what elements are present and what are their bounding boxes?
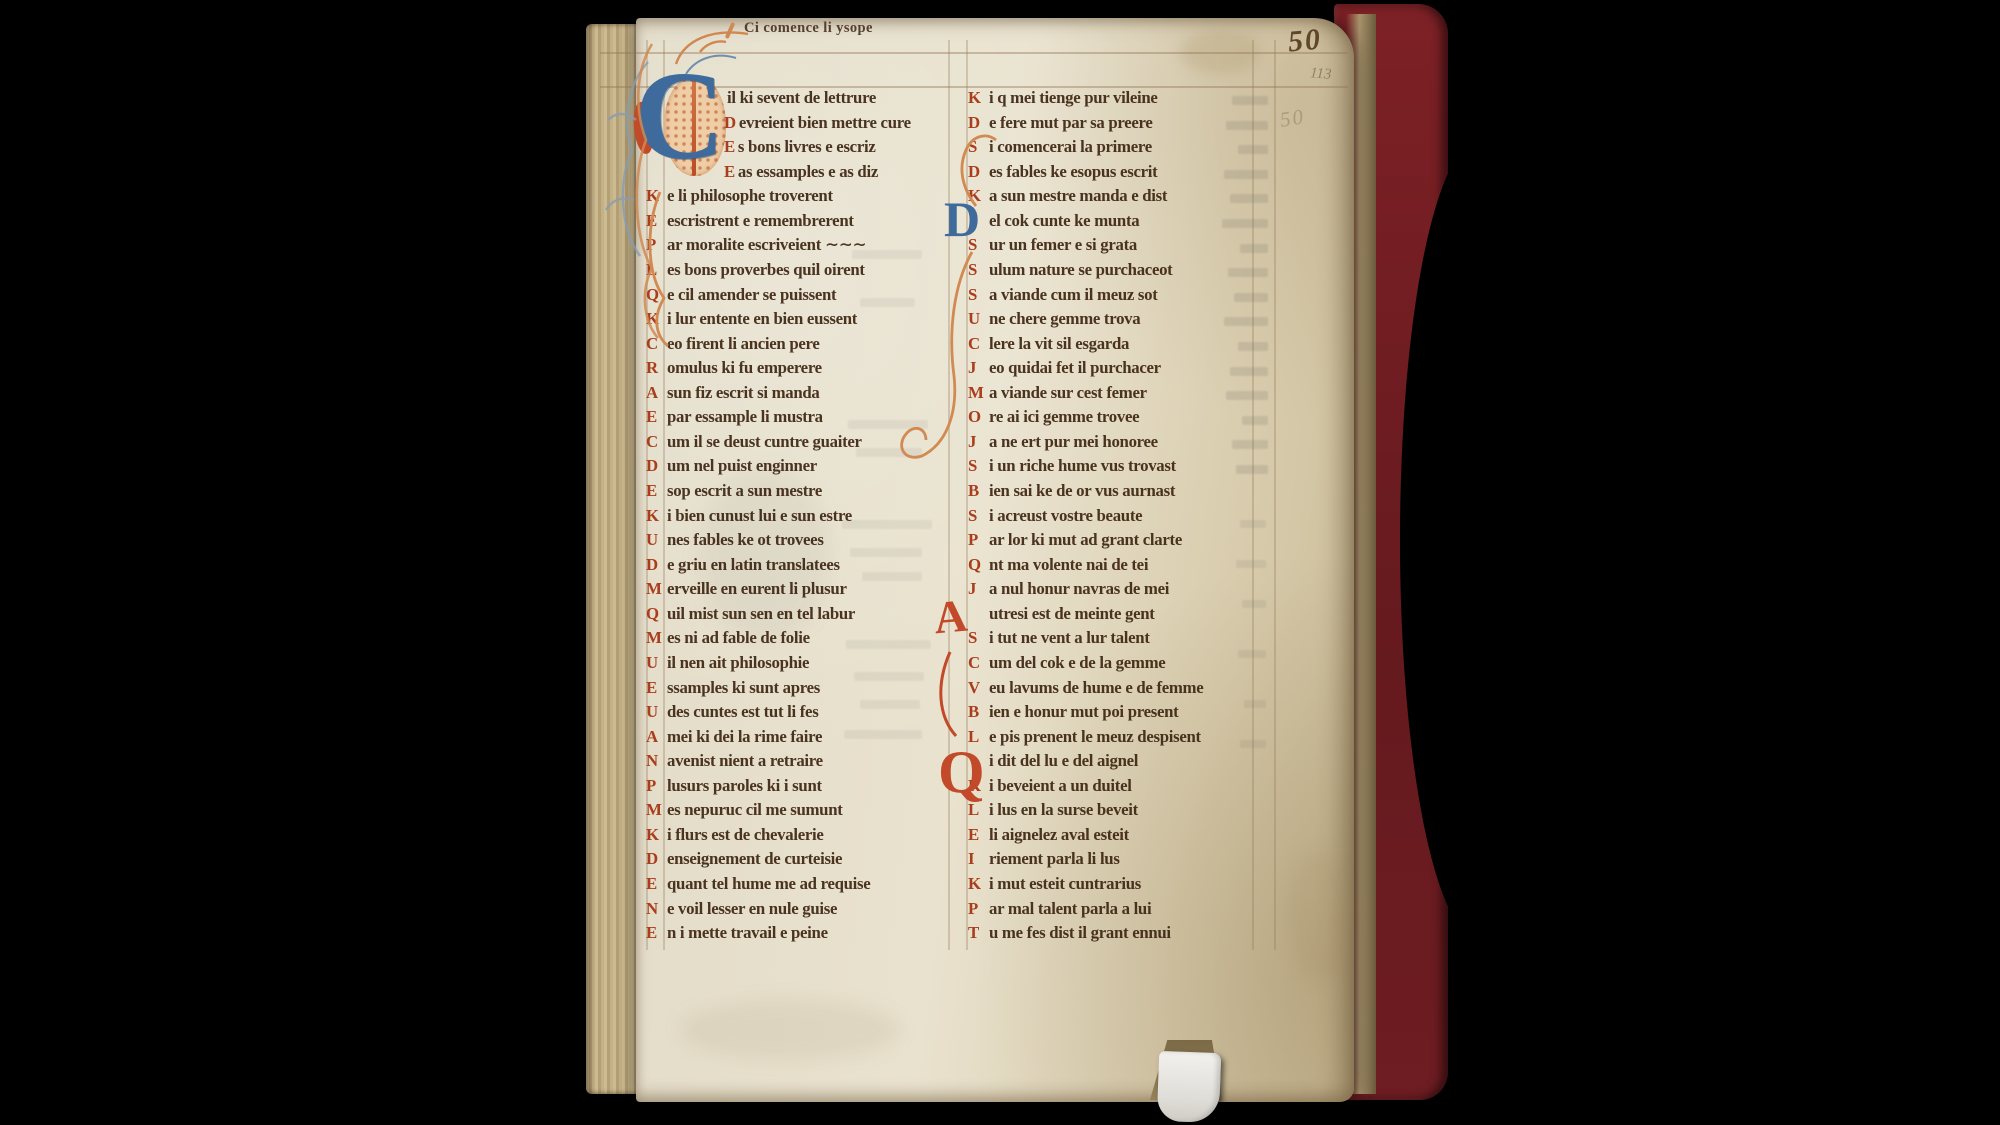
- line-text: eu lavums de hume e de femme: [989, 676, 1203, 701]
- line-initial: E: [646, 676, 667, 701]
- line-initial: S: [968, 258, 989, 283]
- line-text: e griu en latin translatees: [667, 553, 840, 578]
- line-initial: L: [646, 258, 667, 283]
- line-initial: M: [646, 626, 667, 651]
- line-initial: C: [646, 430, 667, 455]
- line-text: escristrent e remembrerent: [667, 209, 854, 234]
- line-initial: E: [646, 405, 667, 430]
- verse-line: Ki bien cunust lui e sun estre: [646, 504, 946, 529]
- verse-line: Ki mut esteit cuntrarius: [968, 872, 1288, 897]
- line-text: nes fables ke ot trovees: [667, 528, 824, 553]
- line-text: u me fes dist il grant ennui: [989, 921, 1171, 946]
- line-initial: I: [968, 847, 989, 872]
- verse-line: Le pis prenent le meuz despisent: [968, 725, 1288, 750]
- ruling-line: [948, 40, 950, 950]
- verse-line: Mes nepuruc cil me sumunt: [646, 798, 946, 823]
- verse-line: Ceo firent li ancien pere: [646, 332, 946, 357]
- line-initial: D: [968, 111, 989, 136]
- verse-line: Par moralite escriveient ∼∼∼: [646, 233, 946, 258]
- line-text: erveille en eurent li plusur: [667, 577, 847, 602]
- line-initial: E: [646, 921, 667, 946]
- illuminated-initial-d: D: [944, 194, 980, 244]
- verse-line: Par lor ki mut ad grant clarte: [968, 528, 1288, 553]
- line-initial: M: [646, 577, 667, 602]
- line-initial: E: [646, 479, 667, 504]
- line-initial: M: [646, 798, 667, 823]
- line-text: es ni ad fable de folie: [667, 626, 810, 651]
- parchment-stain: [680, 1000, 900, 1060]
- parchment-stain: [1180, 30, 1260, 74]
- line-text: i bien cunust lui e sun estre: [667, 504, 852, 529]
- line-initial: M: [968, 381, 989, 406]
- line-initial: N: [646, 749, 667, 774]
- text-column-left: il ki sevent de lettrureDevreient bien m…: [646, 86, 946, 946]
- line-text: quant tel hume me ad requise: [667, 872, 870, 897]
- line-initial: K: [968, 86, 989, 111]
- rubricated-initial-q: Q: [938, 742, 985, 802]
- line-text: a nul honur navras de mei: [989, 577, 1169, 602]
- verse-line: Sulum nature se purchaceot: [968, 258, 1288, 283]
- line-initial: J: [968, 577, 989, 602]
- line-text: re ai ici gemme trovee: [989, 405, 1139, 430]
- verse-line: Udes cuntes est tut li fes: [646, 700, 946, 725]
- line-initial: N: [646, 897, 667, 922]
- verse-line: Des fables ke esopus escrit: [968, 160, 1288, 185]
- verse-line: Ja nul honur navras de mei: [968, 577, 1288, 602]
- verse-line: Ja ne ert pur mei honoree: [968, 430, 1288, 455]
- verse-line: Jeo quidai fet il purchacer: [968, 356, 1288, 381]
- text-column-right: Ki q mei tienge pur vileineDe fere mut p…: [968, 86, 1288, 946]
- line-initial: D: [646, 454, 667, 479]
- line-text: um del cok e de la gemme: [989, 651, 1165, 676]
- line-text: as essamples e as diz: [738, 160, 878, 185]
- verse-line: Equant tel hume me ad requise: [646, 872, 946, 897]
- line-text: s bons livres e escriz: [738, 135, 876, 160]
- line-initial: E: [724, 135, 738, 160]
- line-initial: B: [968, 700, 989, 725]
- line-text: eo firent li ancien pere: [667, 332, 820, 357]
- line-text: ien sai ke de or vus aurnast: [989, 479, 1175, 504]
- verse-line: Clere la vit sil esgarda: [968, 332, 1288, 357]
- line-text: li aignelez aval esteit: [989, 823, 1129, 848]
- verse-line: Asun fiz escrit si manda: [646, 381, 946, 406]
- line-initial: E: [968, 823, 989, 848]
- verse-line: Sa viande cum il meuz sot: [968, 283, 1288, 308]
- line-text: a sun mestre manda e dist: [989, 184, 1167, 209]
- line-text: um nel puist enginner: [667, 454, 817, 479]
- line-initial: K: [646, 307, 667, 332]
- line-text: enseignement de curteisie: [667, 847, 842, 872]
- line-text: ar moralite escriveient ∼∼∼: [667, 233, 866, 258]
- verse-line: Bien e honur mut poi present: [968, 700, 1288, 725]
- verse-line: Les bons proverbes quil oirent: [646, 258, 946, 283]
- line-text: es fables ke esopus escrit: [989, 160, 1157, 185]
- line-text: uil mist sun sen en tel labur: [667, 602, 855, 627]
- line-text: a ne ert pur mei honoree: [989, 430, 1158, 455]
- line-text: el cok cunte ke munta: [989, 209, 1139, 234]
- verse-line: Eli aignelez aval esteit: [968, 823, 1288, 848]
- line-initial: Q: [646, 602, 667, 627]
- parchment-stain: [1288, 850, 1348, 980]
- manuscript-photo: Ci comence li ysope 50 113 50 C D A Q il…: [0, 0, 2000, 1125]
- verse-line: el cok cunte ke munta: [968, 209, 1288, 234]
- line-text: ien e honur mut poi present: [989, 700, 1178, 725]
- line-initial: P: [968, 897, 989, 922]
- line-text: riement parla li lus: [989, 847, 1120, 872]
- verse-line: Ke li philosophe troverent: [646, 184, 946, 209]
- rubricated-initial-a: A: [932, 593, 969, 642]
- line-text: i lus en la surse beveit: [989, 798, 1138, 823]
- line-text: es nepuruc cil me sumunt: [667, 798, 843, 823]
- verse-line: Quil mist sun sen en tel labur: [646, 602, 946, 627]
- verse-line: Cum il se deust cuntre guaiter: [646, 430, 946, 455]
- line-initial: B: [968, 479, 989, 504]
- line-initial: E: [646, 872, 667, 897]
- verse-line: Eas essamples e as diz: [646, 160, 946, 185]
- line-text: lere la vit sil esgarda: [989, 332, 1129, 357]
- line-text: i acreust vostre beaute: [989, 504, 1142, 529]
- line-initial: A: [646, 725, 667, 750]
- line-text: evreient bien mettre cure: [739, 111, 911, 136]
- line-text: lusurs paroles ki i sunt: [667, 774, 822, 799]
- line-text: eo quidai fet il purchacer: [989, 356, 1161, 381]
- line-text: ar mal talent parla a lui: [989, 897, 1151, 922]
- line-initial: S: [968, 135, 989, 160]
- line-text: e li philosophe troverent: [667, 184, 833, 209]
- verse-line: Dum nel puist enginner: [646, 454, 946, 479]
- line-initial: S: [968, 283, 989, 308]
- line-initial: A: [646, 381, 667, 406]
- verse-line: il ki sevent de lettrure: [646, 86, 946, 111]
- line-initial: S: [968, 504, 989, 529]
- verse-line: Bien sai ke de or vus aurnast: [968, 479, 1288, 504]
- line-initial: P: [968, 528, 989, 553]
- verse-line: Unes fables ke ot trovees: [646, 528, 946, 553]
- line-initial: P: [646, 233, 667, 258]
- line-text: mei ki dei la rime faire: [667, 725, 822, 750]
- line-text: e pis prenent le meuz despisent: [989, 725, 1201, 750]
- line-text: a viande sur cest femer: [989, 381, 1147, 406]
- line-text: ssamples ki sunt apres: [667, 676, 820, 701]
- verse-line: Tu me fes dist il grant ennui: [968, 921, 1288, 946]
- line-initial: C: [968, 651, 989, 676]
- verse-line: Essamples ki sunt apres: [646, 676, 946, 701]
- verse-line: Ka sun mestre manda e dist: [968, 184, 1288, 209]
- line-initial: T: [968, 921, 989, 946]
- line-initial: C: [646, 332, 667, 357]
- verse-line: De fere mut par sa preere: [968, 111, 1288, 136]
- line-initial: E: [724, 160, 738, 185]
- line-initial: K: [646, 504, 667, 529]
- verse-line: utresi est de meinte gent: [968, 602, 1288, 627]
- verse-line: Amei ki dei la rime faire: [646, 725, 946, 750]
- background-mask: [1400, 140, 1560, 940]
- verse-line: Uil nen ait philosophie: [646, 651, 946, 676]
- verse-line: Devreient bien mettre cure: [646, 111, 946, 136]
- line-text: omulus ki fu emperere: [667, 356, 822, 381]
- verse-line: Denseignement de curteisie: [646, 847, 946, 872]
- line-text: i lur entente en bien eussent: [667, 307, 857, 332]
- folio-number: 50: [1287, 23, 1324, 60]
- verse-line: Navenist nient a retraire: [646, 749, 946, 774]
- verse-line: Si tut ne vent a lur talent: [968, 626, 1288, 651]
- line-initial: U: [646, 528, 667, 553]
- verse-line: Ki beveient a un duitel: [968, 774, 1288, 799]
- verse-line: Plusurs paroles ki i sunt: [646, 774, 946, 799]
- verse-line: Veu lavums de hume e de femme: [968, 676, 1288, 701]
- line-text: i tut ne vent a lur talent: [989, 626, 1150, 651]
- line-text: e fere mut par sa preere: [989, 111, 1153, 136]
- line-initial: U: [646, 651, 667, 676]
- line-initial: Q: [968, 553, 989, 578]
- verse-line: De griu en latin translatees: [646, 553, 946, 578]
- verse-line: Si un riche hume vus trovast: [968, 454, 1288, 479]
- line-text: i dit del lu e del aignel: [989, 749, 1138, 774]
- verse-line: i dit del lu e del aignel: [968, 749, 1288, 774]
- verse-line: Si acreust vostre beaute: [968, 504, 1288, 529]
- line-initial: J: [968, 430, 989, 455]
- verse-line: Ki lur entente en bien eussent: [646, 307, 946, 332]
- verse-line: Ki flurs est de chevalerie: [646, 823, 946, 848]
- line-initial: V: [968, 676, 989, 701]
- verse-line: Ki q mei tienge pur vileine: [968, 86, 1288, 111]
- line-text: par essample li mustra: [667, 405, 823, 430]
- line-text: utresi est de meinte gent: [989, 602, 1155, 627]
- verse-line: Par mal talent parla a lui: [968, 897, 1288, 922]
- verse-line: Es bons livres e escriz: [646, 135, 946, 160]
- rubric-title: Ci comence li ysope: [744, 20, 873, 37]
- verse-line: Iriement parla li lus: [968, 847, 1288, 872]
- line-initial: U: [646, 700, 667, 725]
- line-text: sop escrit a sun mestre: [667, 479, 822, 504]
- verse-line: Esop escrit a sun mestre: [646, 479, 946, 504]
- line-text: des cuntes est tut li fes: [667, 700, 818, 725]
- line-initial: K: [968, 872, 989, 897]
- verse-line: Ore ai ici gemme trovee: [968, 405, 1288, 430]
- line-text: sun fiz escrit si manda: [667, 381, 820, 406]
- verse-line: Mes ni ad fable de folie: [646, 626, 946, 651]
- line-text: n i mette travail e peine: [667, 921, 828, 946]
- line-initial: U: [968, 307, 989, 332]
- line-initial: D: [646, 847, 667, 872]
- line-initial: R: [646, 356, 667, 381]
- line-text: avenist nient a retraire: [667, 749, 823, 774]
- line-initial: S: [968, 626, 989, 651]
- line-initial: J: [968, 356, 989, 381]
- verse-line: Eescristrent e remembrerent: [646, 209, 946, 234]
- line-text: i mut esteit cuntrarius: [989, 872, 1141, 897]
- verse-line: Une chere gemme trova: [968, 307, 1288, 332]
- verse-line: Epar essample li mustra: [646, 405, 946, 430]
- verse-line: Ne voil lesser en nule guise: [646, 897, 946, 922]
- line-text: ar lor ki mut ad grant clarte: [989, 528, 1182, 553]
- line-text: i comencerai la primere: [989, 135, 1152, 160]
- line-text: i q mei tienge pur vileine: [989, 86, 1158, 111]
- line-initial: P: [646, 774, 667, 799]
- line-text: i beveient a un duitel: [989, 774, 1132, 799]
- line-initial: C: [968, 332, 989, 357]
- line-text: a viande cum il meuz sot: [989, 283, 1158, 308]
- line-text: il ki sevent de lettrure: [727, 86, 876, 111]
- line-initial: O: [968, 405, 989, 430]
- line-initial: S: [968, 454, 989, 479]
- bookmark-tab: [1157, 1051, 1221, 1123]
- line-initial: Q: [646, 283, 667, 308]
- verse-line: Ma viande sur cest femer: [968, 381, 1288, 406]
- verse-line: Sur un femer e si grata: [968, 233, 1288, 258]
- line-text: il nen ait philosophie: [667, 651, 809, 676]
- verse-line: En i mette travail e peine: [646, 921, 946, 946]
- verse-line: Si comencerai la primere: [968, 135, 1288, 160]
- verse-line: Qe cil amender se puissent: [646, 283, 946, 308]
- line-initial: E: [646, 209, 667, 234]
- line-initial: K: [646, 823, 667, 848]
- line-text: ulum nature se purchaceot: [989, 258, 1172, 283]
- line-text: i flurs est de chevalerie: [667, 823, 824, 848]
- line-text: e cil amender se puissent: [667, 283, 836, 308]
- line-initial: D: [646, 553, 667, 578]
- line-initial: K: [646, 184, 667, 209]
- verse-line: Qnt ma volente nai de tei: [968, 553, 1288, 578]
- line-text: nt ma volente nai de tei: [989, 553, 1148, 578]
- verse-line: Romulus ki fu emperere: [646, 356, 946, 381]
- line-text: ne chere gemme trova: [989, 307, 1140, 332]
- line-initial: D: [724, 111, 739, 136]
- line-text: es bons proverbes quil oirent: [667, 258, 865, 283]
- verse-line: Cum del cok e de la gemme: [968, 651, 1288, 676]
- line-text: um il se deust cuntre guaiter: [667, 430, 862, 455]
- verse-line: Merveille en eurent li plusur: [646, 577, 946, 602]
- line-text: i un riche hume vus trovast: [989, 454, 1176, 479]
- verse-line: Li lus en la surse beveit: [968, 798, 1288, 823]
- line-text: ur un femer e si grata: [989, 233, 1137, 258]
- line-initial: D: [968, 160, 989, 185]
- pencil-annotation: 113: [1309, 65, 1332, 83]
- line-text: e voil lesser en nule guise: [667, 897, 837, 922]
